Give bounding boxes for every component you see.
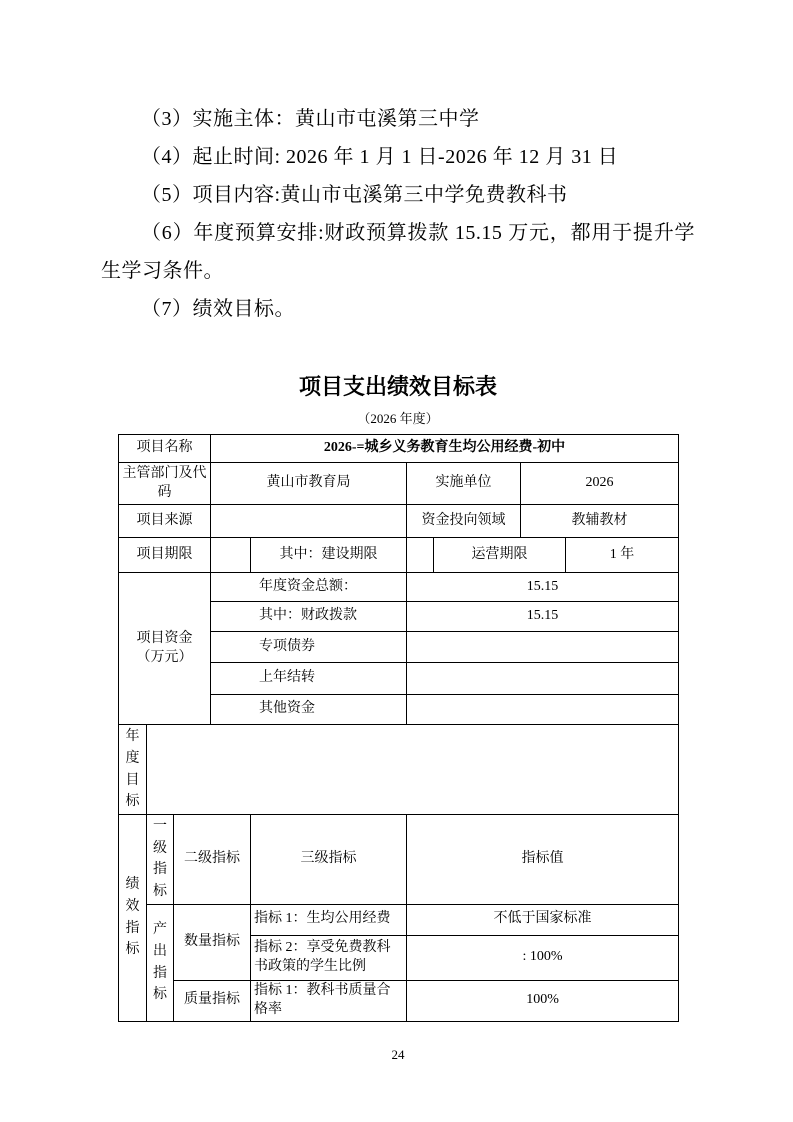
cell-indicator3-name: 指标 1：教科书质量合格率 xyxy=(251,980,407,1021)
cell-period-label: 项目期限 xyxy=(119,538,211,573)
paragraph-implementing-body: （3）实施主体：黄山市屯溪第三中学 xyxy=(101,100,695,138)
cell-indicator1-name: 指标 1：生均公用经费 xyxy=(251,904,407,935)
page-number: 24 xyxy=(101,1047,695,1063)
paragraph-annual-budget: （6）年度预算安排:财政预算拨款 15.15 万元，都用于提升学生学习条件。 xyxy=(101,214,695,290)
cell-project-source-value xyxy=(211,505,407,538)
cell-level1-value: 产出指标 xyxy=(147,904,174,1021)
cell-quantity-indicator: 数量指标 xyxy=(174,904,251,980)
cell-funds-carryover-value xyxy=(407,663,679,695)
cell-level3-header: 三级指标 xyxy=(251,815,407,905)
cell-funds-bond-value xyxy=(407,632,679,663)
perf-vertical-label: 绩效指标 xyxy=(126,874,140,961)
cell-project-name-value: 2026-=城乡义务教育生均公用经费-初中 xyxy=(211,435,679,463)
cell-perf-label: 绩效指标 xyxy=(119,815,147,1022)
cell-funds-bond-label: 专项债券 xyxy=(211,632,407,663)
document-page: （3）实施主体：黄山市屯溪第三中学 （4）起止时间: 2026 年 1 月 1 … xyxy=(0,0,793,1122)
cell-build-period-label: 其中：建设期限 xyxy=(251,538,407,573)
table-row: 质量指标 指标 1：教科书质量合格率 100% xyxy=(119,980,679,1021)
cell-indicator1-value: 不低于国家标准 xyxy=(407,904,679,935)
cell-funds-total-value: 15.15 xyxy=(407,573,679,602)
cell-dept-label: 主管部门及代码 xyxy=(119,463,211,505)
cell-impl-unit-value: 2026 xyxy=(521,463,679,505)
annual-goal-vertical-label: 年度目标 xyxy=(126,726,140,813)
cell-operate-period-label: 运营期限 xyxy=(434,538,566,573)
table-row: 项目来源 资金投向领域 教辅教材 xyxy=(119,505,679,538)
cell-funds-other-label: 其他资金 xyxy=(211,695,407,725)
level1-vertical-header: 一级指标 xyxy=(153,816,167,903)
cell-impl-unit-label: 实施单位 xyxy=(407,463,521,505)
cell-indicator3-value: 100% xyxy=(407,980,679,1021)
cell-annual-goal-value xyxy=(147,725,679,815)
level1-vertical-value: 产出指标 xyxy=(153,919,167,1006)
cell-funds-total-label: 年度资金总额： xyxy=(211,573,407,602)
cell-fund-field-value: 教辅教材 xyxy=(521,505,679,538)
cell-funds-carryover-label: 上年结转 xyxy=(211,663,407,695)
table-row: 主管部门及代码 黄山市教育局 实施单位 2026 xyxy=(119,463,679,505)
cell-annual-goal-label: 年度目标 xyxy=(119,725,147,815)
cell-period-value xyxy=(211,538,251,573)
document-content: （3）实施主体：黄山市屯溪第三中学 （4）起止时间: 2026 年 1 月 1 … xyxy=(101,100,695,1063)
paragraph-time-range: （4）起止时间: 2026 年 1 月 1 日-2026 年 12 月 31 日 xyxy=(101,138,695,176)
cell-level1-header: 一级指标 xyxy=(147,815,174,905)
table-row: 项目期限 其中：建设期限 运营期限 1 年 xyxy=(119,538,679,573)
table-row: 产出指标 数量指标 指标 1：生均公用经费 不低于国家标准 xyxy=(119,904,679,935)
table-title: 项目支出绩效目标表 xyxy=(101,373,695,401)
cell-value-header: 指标值 xyxy=(407,815,679,905)
paragraph-project-content: （5）项目内容:黄山市屯溪第三中学免费教科书 xyxy=(101,176,695,214)
cell-project-source-label: 项目来源 xyxy=(119,505,211,538)
table-row: 年度目标 xyxy=(119,725,679,815)
cell-funds-fiscal-label: 其中：财政拨款 xyxy=(211,602,407,632)
cell-funds-other-value xyxy=(407,695,679,725)
cell-funds-label: 项目资金 （万元） xyxy=(119,573,211,725)
cell-dept-value: 黄山市教育局 xyxy=(211,463,407,505)
cell-fund-field-label: 资金投向领域 xyxy=(407,505,521,538)
cell-build-period-value xyxy=(407,538,434,573)
cell-operate-period-value: 1 年 xyxy=(566,538,679,573)
cell-indicator2-value: : 100% xyxy=(407,935,679,980)
paragraph-performance-goal: （7）绩效目标。 xyxy=(101,290,695,328)
table-subtitle: （2026 年度） xyxy=(101,410,695,427)
cell-funds-fiscal-value: 15.15 xyxy=(407,602,679,632)
table-row: 项目资金 （万元） 年度资金总额： 15.15 xyxy=(119,573,679,602)
cell-indicator2-name: 指标 2：享受免费教科书政策的学生比例 xyxy=(251,935,407,980)
table-row: 项目名称 2026-=城乡义务教育生均公用经费-初中 xyxy=(119,435,679,463)
performance-goal-table: 项目名称 2026-=城乡义务教育生均公用经费-初中 主管部门及代码 黄山市教育… xyxy=(118,434,679,1022)
cell-project-name-label: 项目名称 xyxy=(119,435,211,463)
cell-level2-header: 二级指标 xyxy=(174,815,251,905)
cell-quality-indicator: 质量指标 xyxy=(174,980,251,1021)
table-row: 绩效指标 一级指标 二级指标 三级指标 指标值 xyxy=(119,815,679,905)
